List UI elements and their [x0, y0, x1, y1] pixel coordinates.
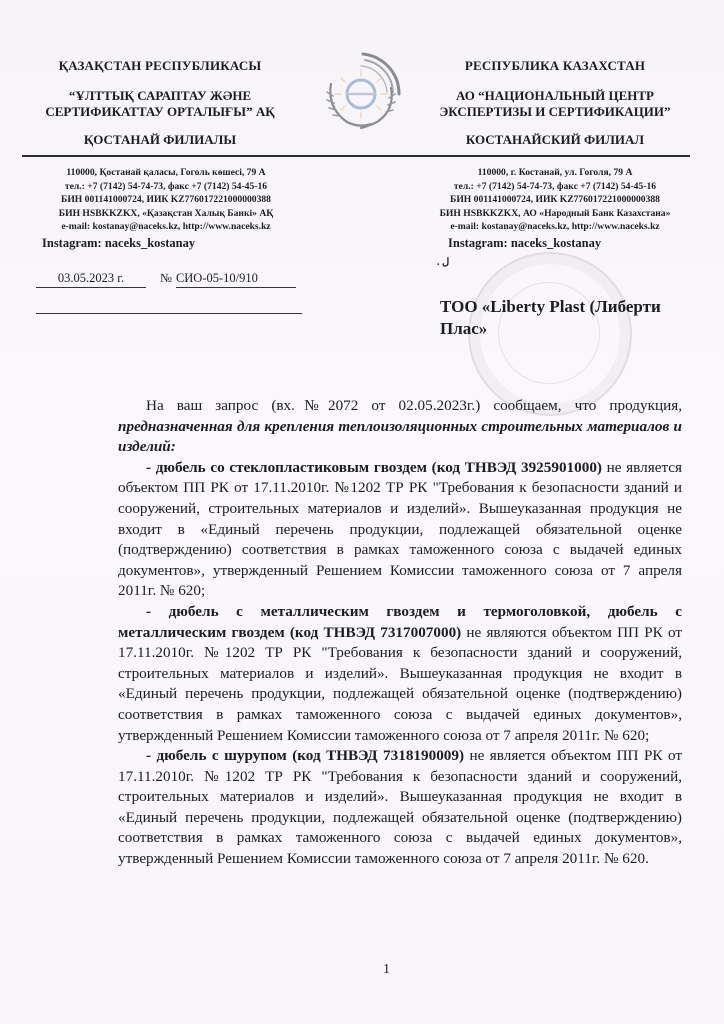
bank-line: БИН HSBKKZKX, «Қазақстан Халық Банкі» АҚ — [28, 207, 304, 221]
instagram-kz: Instagram: naceks_kostanay — [42, 236, 195, 251]
address-line: 110000, г. Костанай, ул. Гоголя, 79 А — [410, 166, 700, 180]
handwritten-mark: . ﻝ — [437, 257, 449, 268]
intro-text: На ваш запрос (вх.№2072 от 02.05.2023г.)… — [146, 397, 682, 414]
header-left-kazakh: ҚАЗАҚСТАН РЕСПУБЛИКАСЫ “ҰЛТТЫҚ САРАПТАУ … — [40, 58, 280, 148]
email-line: e-mail: kostanay@naceks.kz, http://www.n… — [410, 220, 700, 234]
intro-purpose: предназначенная для крепления теплоизоля… — [118, 418, 682, 456]
product-item: - дюбель с металлическим гвоздем и термо… — [118, 602, 682, 746]
address-line: 110000, Қостанай қаласы, Гоголь көшесі, … — [28, 166, 304, 180]
bin-line: БИН 001141000724, ИИК KZ7760172210000003… — [410, 193, 700, 207]
address-block-kz: 110000, Қостанай қаласы, Гоголь көшесі, … — [28, 166, 304, 234]
org-name-kz-line1: “ҰЛТТЫҚ САРАПТАУ ЖӘНЕ — [40, 88, 280, 104]
org-name-kz-line2: СЕРТИФИКАТТАУ ОРТАЛЫҒЫ” АҚ — [40, 104, 280, 120]
outgoing-number: СИО-05-10/910 — [176, 271, 296, 288]
product-text: не являются объектом ПП РК от 17.11.2010… — [118, 624, 682, 744]
number-label: № — [160, 271, 172, 286]
org-name-kz: “ҰЛТТЫҚ САРАПТАУ ЖӘНЕ СЕРТИФИКАТТАУ ОРТА… — [40, 88, 280, 120]
org-name-ru: АО “НАЦИОНАЛЬНЫЙ ЦЕНТР ЭКСПЕРТИЗЫ И СЕРТ… — [410, 88, 700, 120]
branch-ru: КОСТАНАЙСКИЙ ФИЛИАЛ — [410, 132, 700, 148]
blank-underline — [36, 313, 302, 314]
outgoing-date: 03.05.2023 г. — [36, 271, 146, 288]
addressee: ТОО «Liberty Plast (Либерти Плас» — [440, 296, 700, 340]
product-name: - дюбель с шурупом (код ТНВЭД 7318190009… — [146, 747, 464, 764]
country-ru: РЕСПУБЛИКА КАЗАХСТАН — [410, 58, 700, 74]
product-item: - дюбель с шурупом (код ТНВЭД 7318190009… — [118, 746, 682, 870]
registration-line: 03.05.2023 г.№СИО-05-10/910 — [36, 271, 302, 288]
address-block-ru: 110000, г. Костанай, ул. Гоголя, 79 А те… — [410, 166, 700, 234]
org-name-ru-line1: АО “НАЦИОНАЛЬНЫЙ ЦЕНТР — [410, 88, 700, 104]
org-name-ru-line2: ЭКСПЕРТИЗЫ И СЕРТИФИКАЦИИ” — [410, 104, 700, 120]
instagram-ru: Instagram: naceks_kostanay — [448, 236, 601, 251]
page-number: 1 — [383, 962, 390, 978]
product-item: - дюбель со стеклопластиковым гвоздем (к… — [118, 458, 682, 602]
phone-line: тел.: +7 (7142) 54-74-73, факс +7 (7142)… — [410, 180, 700, 194]
phone-line: тел.: +7 (7142) 54-74-73, факс +7 (7142)… — [28, 180, 304, 194]
product-text: не является объектом ПП РК от 17.11.2010… — [118, 747, 682, 867]
branch-kz: ҚОСТАНАЙ ФИЛИАЛЫ — [40, 132, 280, 148]
letter-body: На ваш запрос (вх.№2072 от 02.05.2023г.)… — [118, 396, 682, 870]
letter-page: ҚАЗАҚСТАН РЕСПУБЛИКАСЫ “ҰЛТТЫҚ САРАПТАУ … — [0, 0, 724, 1024]
header-right-russian: РЕСПУБЛИКА КАЗАХСТАН АО “НАЦИОНАЛЬНЫЙ ЦЕ… — [410, 58, 700, 148]
country-kz: ҚАЗАҚСТАН РЕСПУБЛИКАСЫ — [40, 58, 280, 74]
intro-paragraph: На ваш запрос (вх.№2072 от 02.05.2023г.)… — [118, 396, 682, 458]
header-divider — [22, 155, 690, 157]
product-name: - дюбель со стеклопластиковым гвоздем (к… — [146, 459, 602, 476]
naceks-emblem-icon — [313, 48, 409, 140]
bank-line: БИН HSBKKZKX, АО «Народный Банк Казахста… — [410, 207, 700, 221]
product-text: не является объектом ПП РК от 17.11.2010… — [118, 459, 682, 600]
email-line: e-mail: kostanay@naceks.kz, http://www.n… — [28, 220, 304, 234]
bin-line: БИН 001141000724, ИИК KZ7760172210000003… — [28, 193, 304, 207]
